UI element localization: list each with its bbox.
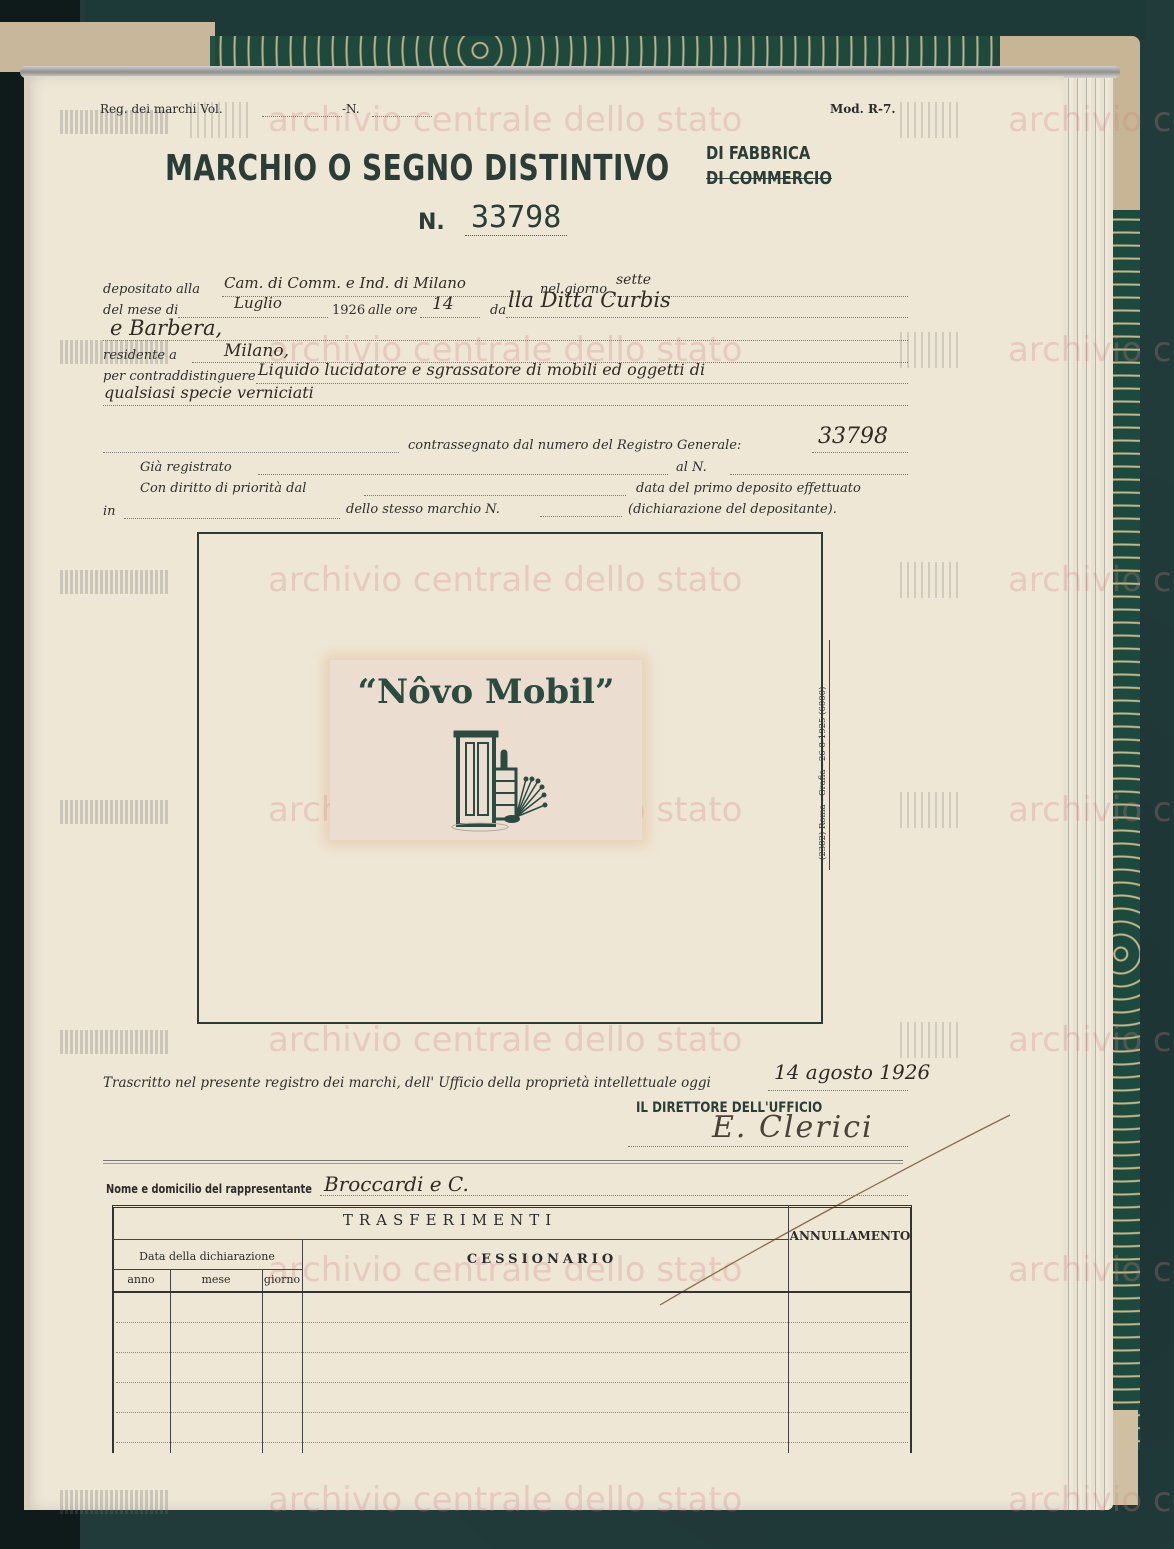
col-mese: mese	[170, 1273, 262, 1286]
header-rule	[112, 1269, 302, 1270]
header-bottom-rule	[112, 1291, 912, 1293]
col-giorno: giorno	[262, 1273, 302, 1286]
table-row[interactable]	[116, 1352, 908, 1353]
table-row[interactable]	[116, 1442, 908, 1443]
column-rule	[170, 1269, 171, 1453]
representative-label: Nome e domicilio del rappresentante	[106, 1182, 312, 1196]
representative-field[interactable]	[320, 1195, 908, 1196]
date-header: Data della dichiarazione	[112, 1250, 302, 1263]
col-anno: anno	[112, 1273, 170, 1286]
assignee-header: CESSIONARIO	[302, 1252, 782, 1267]
column-rule	[788, 1205, 789, 1453]
representative-value: Broccardi e C.	[324, 1172, 469, 1196]
transfers-title: TRASFERIMENTI	[112, 1205, 788, 1239]
transfers-table: TRASFERIMENTI ANNULLAMENTO Data della di…	[112, 1205, 912, 1453]
annulment-header: ANNULLAMENTO	[788, 1229, 912, 1243]
column-rule	[302, 1239, 303, 1453]
table-row[interactable]	[116, 1322, 908, 1323]
header-rule	[112, 1239, 788, 1240]
table-row[interactable]	[116, 1382, 908, 1383]
table-row[interactable]	[116, 1412, 908, 1413]
column-rule	[262, 1269, 263, 1453]
